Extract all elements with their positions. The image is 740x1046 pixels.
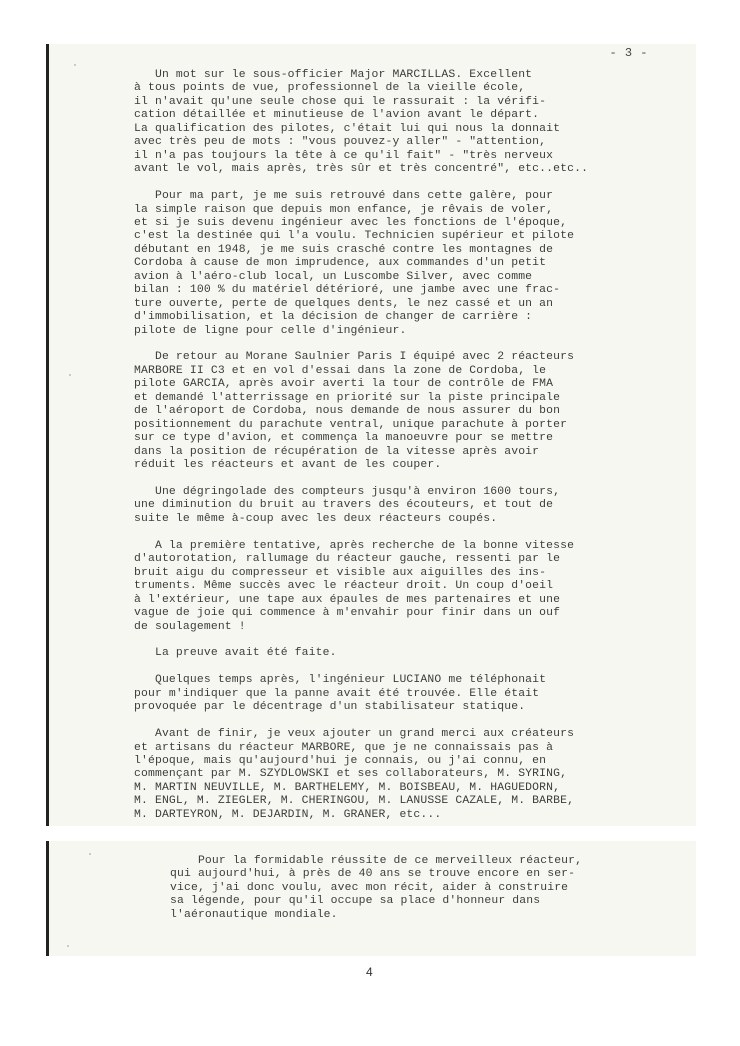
text-line: pilote GARCIA, après avoir averti la tou… [134, 378, 588, 391]
text-line: réduit les réacteurs et avant de les cou… [134, 459, 588, 472]
text-line: La preuve avait été faite. [134, 647, 588, 660]
text-line: pour m'indiquer que la panne avait été t… [134, 688, 588, 701]
paragraph: Pour la formidable réussite de ce mervei… [170, 855, 582, 922]
scan-top-body: Un mot sur le sous-officier Major MARCIL… [134, 69, 588, 836]
text-line: et si je suis devenu ingénieur avec les … [134, 217, 588, 230]
text-line: à l'extérieur, une tape aux épaules de m… [134, 594, 588, 607]
text-line: l'aéronautique mondiale. [170, 909, 582, 922]
paragraph: A la première tentative, après recherche… [134, 540, 588, 634]
text-line: M. DARTEYRON, M. DEJARDIN, M. GRANER, et… [134, 809, 588, 822]
text-line: c'est la destinée qui l'a voulu. Technic… [134, 230, 588, 243]
scan-speck [89, 853, 91, 855]
text-line: et demandé l'atterrissage en priorité su… [134, 392, 588, 405]
text-line: commençant par M. SZYDLOWSKI et ses coll… [134, 768, 588, 781]
text-line: suite le même à-coup avec les deux réact… [134, 513, 588, 526]
text-line: dans la position de récupération de la v… [134, 446, 588, 459]
text-line: qui aujourd'hui, à près de 40 ans se tro… [170, 868, 582, 881]
paragraph: La preuve avait été faite. [134, 647, 588, 660]
text-line: M. ENGL, M. ZIEGLER, M. CHERINGOU, M. LA… [134, 795, 588, 808]
text-line: il n'avait qu'une seule chose qui le ras… [134, 96, 588, 109]
scan-speck [74, 64, 76, 66]
text-line: bilan : 100 % du matériel détérioré, une… [134, 284, 588, 297]
text-line: La qualification des pilotes, c'était lu… [134, 123, 588, 136]
text-line: Pour la formidable réussite de ce mervei… [170, 855, 582, 868]
text-line: Quelques temps après, l'ingénieur LUCIAN… [134, 674, 588, 687]
page-number: 4 [366, 965, 373, 979]
text-line: Pour ma part, je me suis retrouvé dans c… [134, 190, 588, 203]
text-line: Une dégringolade des compteurs jusqu'à e… [134, 486, 588, 499]
scan-page-marker: - 3 - [609, 46, 648, 60]
scan-speck [67, 945, 69, 947]
scan-bottom-body: Pour la formidable réussite de ce mervei… [170, 855, 582, 936]
text-line: sa légende, pour qu'il occupe sa place d… [170, 895, 582, 908]
text-line: à tous points de vue, professionnel de l… [134, 82, 588, 95]
scanned-page-top: - 3 - Un mot sur le sous-officier Major … [46, 44, 696, 826]
text-line: bruit aigu du compresseur et visible aux… [134, 567, 588, 580]
text-line: vague de joie qui commence à m'envahir p… [134, 607, 588, 620]
text-line: avec très peu de mots : "vous pouvez-y a… [134, 136, 588, 149]
text-line: sur ce type d'avion, et commença la mano… [134, 432, 588, 445]
text-line: de l'aéroport de Cordoba, nous demande d… [134, 405, 588, 418]
text-line: l'époque, mais qu'aujourd'hui je connais… [134, 755, 588, 768]
text-line: pilote de ligne pour celle d'ingénieur. [134, 325, 588, 338]
paragraph: Pour ma part, je me suis retrouvé dans c… [134, 190, 588, 338]
text-line: Un mot sur le sous-officier Major MARCIL… [134, 69, 588, 82]
text-line: A la première tentative, après recherche… [134, 540, 588, 553]
text-line: MARBORE II C3 et en vol d'essai dans la … [134, 365, 588, 378]
paragraph: De retour au Morane Saulnier Paris I équ… [134, 351, 588, 472]
text-line: de soulagement ! [134, 621, 588, 634]
text-line: cation détaillée et minutieuse de l'avio… [134, 109, 588, 122]
scanned-page-bottom: Pour la formidable réussite de ce mervei… [46, 841, 696, 956]
paragraph: Un mot sur le sous-officier Major MARCIL… [134, 69, 588, 177]
text-line: il n'a pas toujours la tête à ce qu'il f… [134, 150, 588, 163]
text-line: d'immobilisation, et la décision de chan… [134, 311, 588, 324]
text-line: truments. Même succès avec le réacteur d… [134, 580, 588, 593]
text-line: d'autorotation, rallumage du réacteur ga… [134, 553, 588, 566]
paragraph: Quelques temps après, l'ingénieur LUCIAN… [134, 674, 588, 714]
text-line: et artisans du réacteur MARBORE, que je … [134, 742, 588, 755]
text-line: avant le vol, mais après, très sûr et tr… [134, 163, 588, 176]
text-line: Avant de finir, je veux ajouter un grand… [134, 728, 588, 741]
text-line: avion à l'aéro-club local, un Luscombe S… [134, 271, 588, 284]
text-line: M. MARTIN NEUVILLE, M. BARTHELEMY, M. BO… [134, 782, 588, 795]
text-line: la simple raison que depuis mon enfance,… [134, 204, 588, 217]
paragraph: Une dégringolade des compteurs jusqu'à e… [134, 486, 588, 526]
text-line: débutant en 1948, je me suis crasché con… [134, 244, 588, 257]
text-line: De retour au Morane Saulnier Paris I équ… [134, 351, 588, 364]
text-line: positionnement du parachute ventral, uni… [134, 419, 588, 432]
text-line: vice, j'ai donc voulu, avec mon récit, a… [170, 882, 582, 895]
scan-speck [69, 374, 71, 376]
paragraph: Avant de finir, je veux ajouter un grand… [134, 728, 588, 822]
text-line: une diminution du bruit au travers des é… [134, 499, 588, 512]
text-line: Cordoba à cause de mon imprudence, aux c… [134, 257, 588, 270]
text-line: ture ouverte, perte de quelques dents, l… [134, 298, 588, 311]
text-line: provoquée par le décentrage d'un stabili… [134, 701, 588, 714]
